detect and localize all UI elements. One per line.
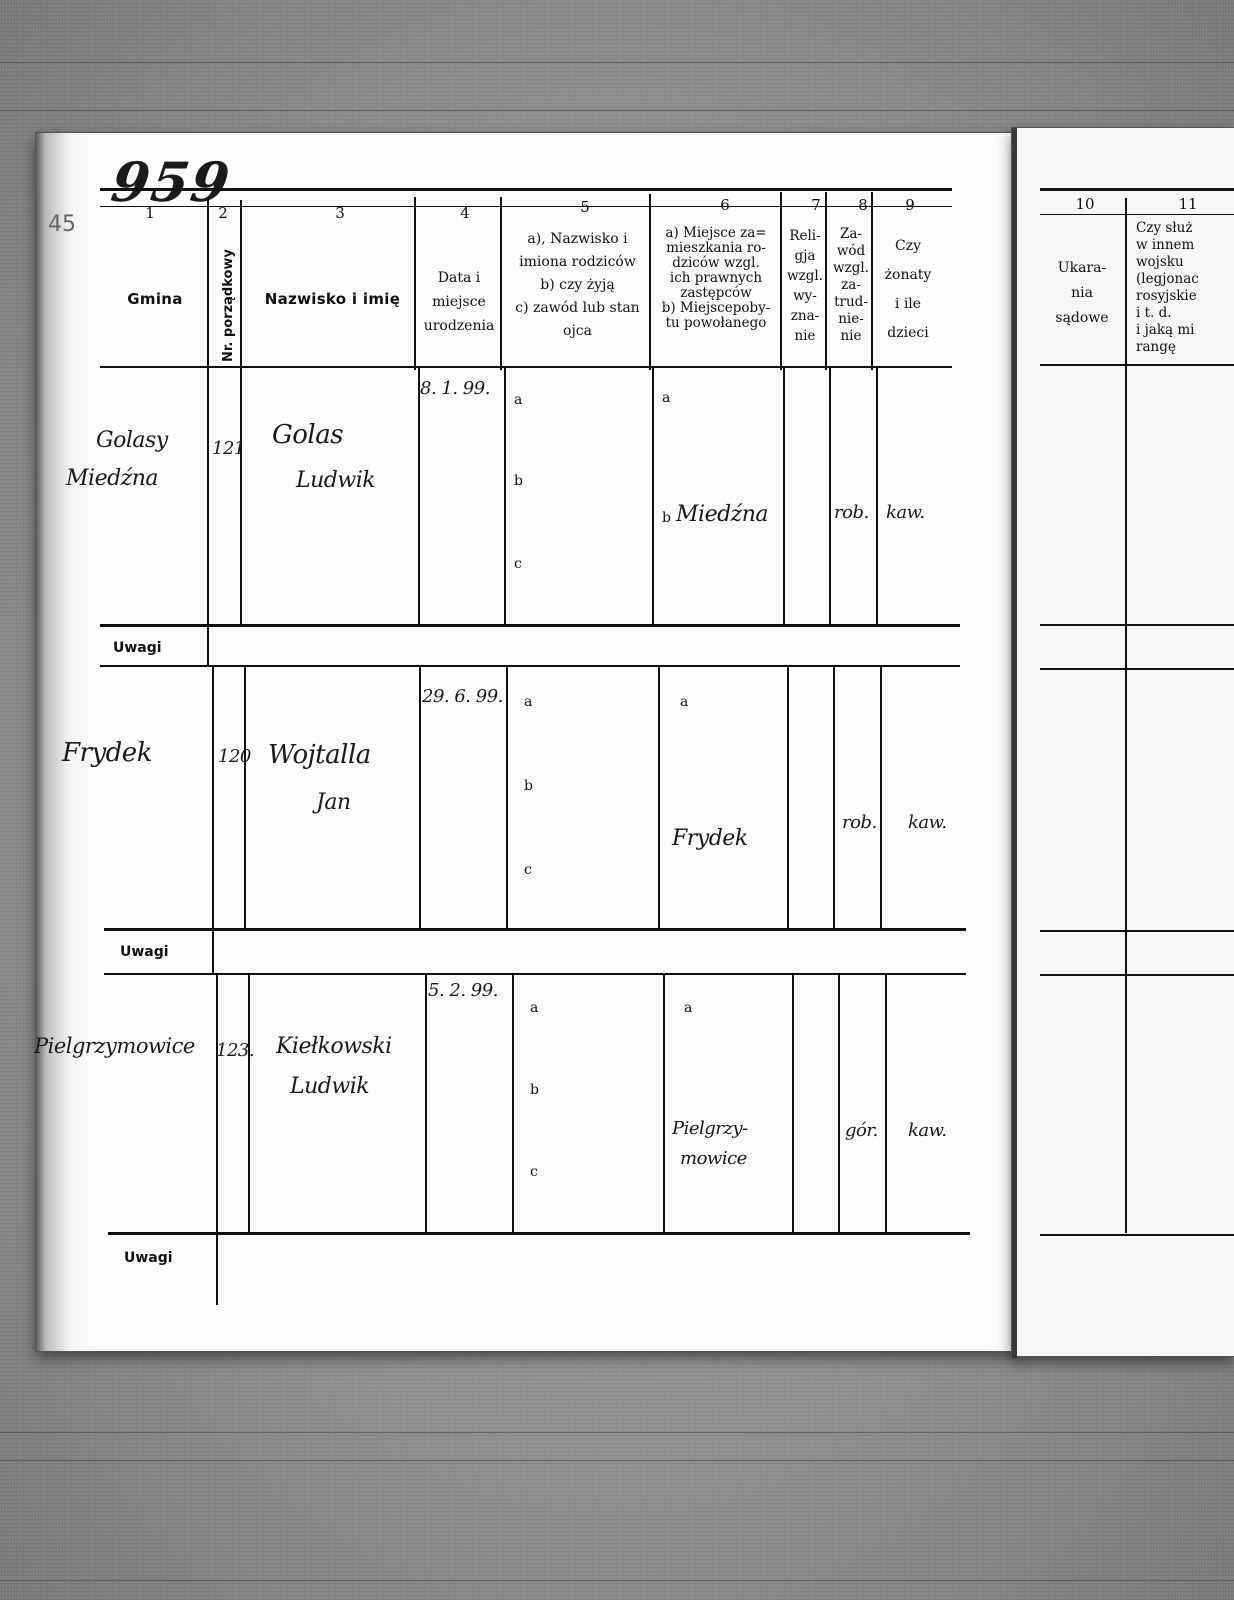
header-line: za-: [829, 277, 873, 294]
entry-2-residence: Frydek: [672, 826, 748, 851]
col-header-nr: Nr. porządkowy: [221, 249, 236, 362]
sub-label-b: b: [514, 473, 523, 489]
entry-2-nr: 120: [218, 746, 251, 767]
header-line: w innem: [1136, 237, 1234, 254]
col-header-birth-text: Data i miejsce urodzenia: [418, 266, 500, 338]
entry-2-occupation: rob.: [842, 812, 877, 833]
sub-label-a: a: [684, 1000, 692, 1016]
entry-1-gmina-line1: Golasy: [96, 428, 168, 453]
col-divider: [1125, 198, 1127, 1233]
header-line: a) Miejsce za=: [652, 226, 780, 241]
entry-2-married: kaw.: [908, 812, 947, 833]
col-divider: [240, 200, 242, 370]
col-number-11: 11: [1168, 195, 1208, 213]
entry-1-birth-date: 8. 1. 99.: [420, 378, 490, 399]
col-divider: [207, 368, 209, 624]
col-number-5: 5: [565, 198, 605, 216]
entry-3-firstname: Ludwik: [290, 1074, 369, 1099]
col-divider: [500, 197, 502, 370]
remarks-bottom-rule: [100, 665, 960, 667]
col-divider: [876, 368, 878, 624]
col-divider: [838, 975, 840, 1233]
col-divider: [504, 368, 506, 624]
remarks-bottom-rule: [1040, 974, 1234, 976]
entry-1-gmina-line2: Miedźna: [66, 466, 158, 491]
remarks-label: Uwagi: [124, 1250, 173, 1266]
remarks-divider: [212, 931, 214, 975]
col-divider: [658, 667, 660, 929]
col-divider: [240, 368, 242, 624]
header-line: i jaką mi: [1136, 322, 1234, 339]
remarks-label: Uwagi: [120, 944, 169, 960]
col-number-7: 7: [796, 196, 836, 214]
col-divider: [425, 975, 427, 1233]
header-line: wód: [829, 243, 873, 260]
col-header-military-service: Czy służ w innem wojsku (legjonac rosyjs…: [1130, 220, 1234, 356]
col-divider: [418, 368, 420, 624]
col-number-2: 2: [213, 204, 233, 222]
header-line: Za-: [829, 226, 873, 243]
entry-2-surname: Wojtalla: [268, 740, 371, 770]
sub-label-b: b: [662, 510, 671, 526]
entry-2-birth-date: 29. 6. 99.: [422, 686, 503, 707]
entry-bottom-rule: [1040, 1234, 1234, 1236]
col-header-occupation: Za- wód wzgl. za- trud- nie- nie: [829, 226, 873, 345]
col-number-3: 3: [320, 204, 360, 222]
header-line: nia: [1040, 281, 1124, 306]
entry-1-firstname: Ludwik: [296, 468, 375, 493]
background-line: [0, 1432, 1234, 1433]
header-line: i t. d.: [1136, 305, 1234, 322]
col-divider: [248, 975, 250, 1233]
col-header-gmina: Gmina: [100, 292, 210, 307]
remarks-divider: [216, 1235, 218, 1305]
header-line: zna-: [783, 306, 827, 326]
entry-bottom-rule: [108, 1232, 970, 1235]
col-divider: [652, 368, 654, 624]
header-line: Ukara-: [1040, 256, 1124, 281]
col-divider: [885, 975, 887, 1233]
sub-label-c: c: [514, 556, 522, 572]
entry-bottom-rule: [100, 624, 960, 627]
col-divider: [780, 192, 782, 370]
entry-2-firstname: Jan: [316, 790, 351, 815]
col-number-1: 1: [130, 204, 170, 222]
col-divider: [649, 194, 651, 370]
background-line: [0, 110, 1234, 111]
header-line: mieszkania ro-: [652, 241, 780, 256]
sub-label-a: a: [530, 1000, 538, 1016]
remarks-bottom-rule: [104, 973, 966, 975]
folio-prefix: 45: [48, 212, 76, 237]
col-divider: [871, 192, 873, 370]
col-number-4: 4: [445, 204, 485, 222]
sub-label-a: a: [514, 392, 522, 408]
col-divider: [825, 192, 827, 370]
header-number-rule: [1040, 214, 1234, 215]
header-line: Czy: [876, 232, 940, 261]
background-line: [0, 1460, 1234, 1461]
header-line: b) Miejscepoby-: [652, 301, 780, 316]
header-line: c) zawód lub stan: [505, 297, 650, 320]
entry-1-occupation: rob.: [834, 502, 869, 523]
col-header-parents: a), Nazwisko i imiona rodziców b) czy ży…: [505, 228, 650, 343]
sub-label-a: a: [662, 390, 670, 406]
entry-bottom-rule: [1040, 624, 1234, 626]
header-top-rule: [100, 188, 952, 191]
col-divider: [880, 667, 882, 929]
header-line: a), Nazwisko i: [505, 228, 650, 251]
entry-3-surname: Kiełkowski: [276, 1034, 392, 1059]
entry-3-residence-line1: Pielgrzy-: [672, 1118, 748, 1139]
col-header-name: Nazwisko i imię: [250, 292, 415, 307]
col-divider: [787, 667, 789, 929]
header-line: nie: [829, 328, 873, 345]
header-line: Reli-: [783, 226, 827, 246]
header-line: imiona rodziców: [505, 251, 650, 274]
entry-3-married: kaw.: [908, 1120, 947, 1141]
header-line: rosyjskie: [1136, 288, 1234, 305]
col-divider: [419, 667, 421, 929]
header-line: dziców wzgl.: [652, 256, 780, 271]
col-number-9: 9: [890, 196, 930, 214]
col-header-married: Czy żonaty i ile dzieci: [876, 232, 940, 348]
col-divider: [207, 200, 209, 370]
header-bottom-rule: [1040, 364, 1234, 366]
header-line: Czy służ: [1136, 220, 1234, 237]
entry-bottom-rule: [1040, 930, 1234, 932]
sub-label-a: a: [524, 694, 532, 710]
sub-label-a: a: [680, 694, 688, 710]
entry-2-gmina: Frydek: [62, 738, 152, 768]
header-line: b) czy żyją: [505, 274, 650, 297]
background-line: [0, 62, 1234, 63]
entry-1-surname: Golas: [272, 420, 343, 450]
entry-1-nr: 121: [212, 438, 245, 459]
col-divider: [414, 197, 416, 370]
entry-3-gmina: Pielgrzymowice: [34, 1034, 195, 1058]
header-line: wy-: [783, 286, 827, 306]
header-line: (legjonac: [1136, 271, 1234, 288]
header-line: ich prawnych: [652, 271, 780, 286]
entry-1-married: kaw.: [886, 502, 925, 523]
col-header-religion: Reli- gja wzgl. wy- zna- nie: [783, 226, 827, 346]
col-number-10: 10: [1060, 195, 1110, 213]
header-line: zastępców: [652, 286, 780, 301]
col-divider: [833, 667, 835, 929]
col-divider: [216, 975, 218, 1233]
header-line: wzgl.: [829, 260, 873, 277]
header-line: nie-: [829, 311, 873, 328]
header-line: ojca: [505, 320, 650, 343]
header-line: gja: [783, 246, 827, 266]
header-line: dzieci: [876, 319, 940, 348]
col-number-6: 6: [705, 196, 745, 214]
header-line: nie: [783, 326, 827, 346]
entry-3-residence-line2: mowice: [680, 1148, 747, 1169]
col-divider: [506, 667, 508, 929]
col-header-residence: a) Miejsce za= mieszkania ro- dziców wzg…: [652, 226, 780, 331]
sub-label-b: b: [530, 1082, 539, 1098]
col-header-birth: Data i miejsce urodzenia: [418, 266, 500, 338]
header-line: rangę: [1136, 339, 1234, 356]
remarks-divider: [207, 627, 209, 667]
col-divider: [829, 368, 831, 624]
col-divider: [212, 667, 214, 929]
header-line: wzgl.: [783, 266, 827, 286]
sub-label-c: c: [524, 862, 532, 878]
header-line: trud-: [829, 294, 873, 311]
sub-label-b: b: [524, 778, 533, 794]
entry-3-occupation: gór.: [845, 1120, 878, 1141]
header-line: tu powołanego: [652, 316, 780, 331]
col-header-convictions: Ukara- nia sądowe: [1040, 256, 1124, 331]
remarks-bottom-rule: [1040, 668, 1234, 670]
sub-label-c: c: [530, 1164, 538, 1180]
book-spine: [1012, 128, 1017, 1358]
entry-3-birth-date: 5. 2. 99.: [428, 980, 498, 1001]
entry-bottom-rule: [104, 928, 966, 931]
col-divider: [244, 667, 246, 929]
col-divider: [663, 975, 665, 1233]
remarks-label: Uwagi: [113, 640, 162, 656]
entry-3-nr: 123.: [216, 1040, 254, 1061]
header-top-rule: [1040, 188, 1234, 191]
col-divider: [512, 975, 514, 1233]
header-line: sądowe: [1040, 306, 1124, 331]
header-line: wojsku: [1136, 254, 1234, 271]
col-number-8: 8: [843, 196, 883, 214]
entry-1-residence: Miedźna: [676, 502, 768, 527]
col-divider: [783, 368, 785, 624]
background-line: [0, 1580, 1234, 1581]
header-line: żonaty: [876, 261, 940, 290]
header-line: i ile: [876, 290, 940, 319]
col-divider: [792, 975, 794, 1233]
